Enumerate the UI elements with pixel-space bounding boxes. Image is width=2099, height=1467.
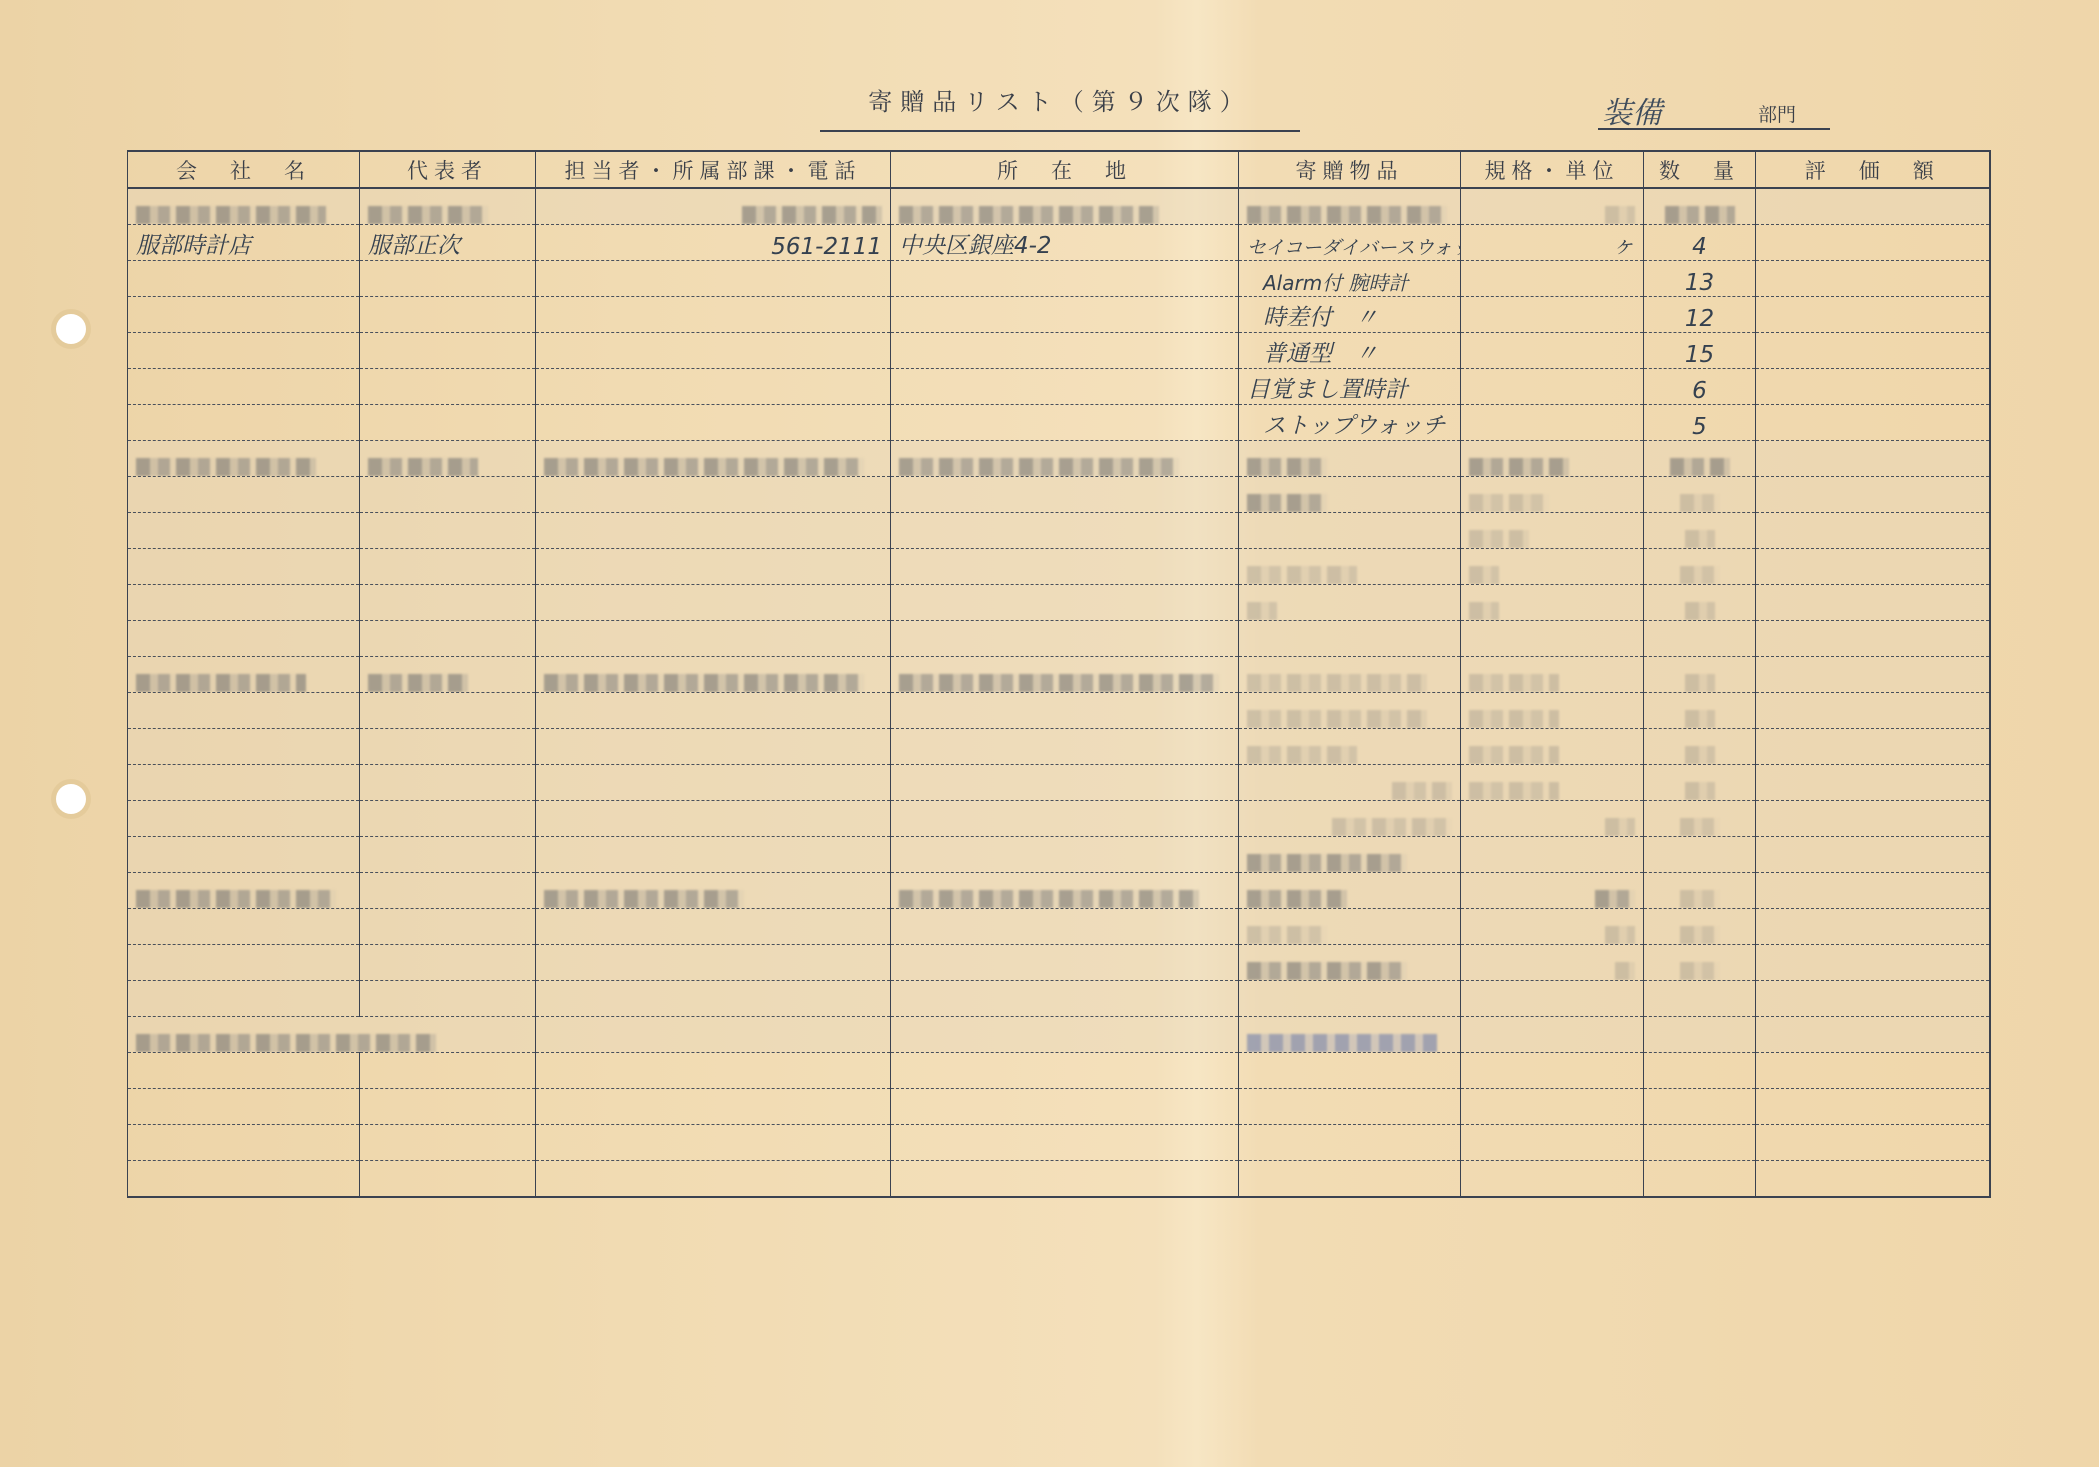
col-company: 会 社 名 <box>128 151 360 188</box>
quantity: 4 <box>1644 225 1756 261</box>
redacted-row <box>128 549 1990 585</box>
department-value: 装備 <box>1602 88 1662 132</box>
redacted-row <box>128 873 1990 909</box>
representative-name: 服部正次 <box>360 225 536 261</box>
quantity: 15 <box>1644 333 1756 369</box>
redacted-row <box>128 621 1990 657</box>
redacted-row <box>128 585 1990 621</box>
redacted-row <box>128 837 1990 873</box>
item-name: 目覚まし置時計 <box>1239 369 1461 405</box>
redacted-row <box>128 765 1990 801</box>
item-name: 普通型 〃 <box>1239 333 1461 369</box>
table-row: ストップウォッチ 5 <box>128 405 1990 441</box>
redacted-text <box>368 458 478 476</box>
quantity: 5 <box>1644 405 1756 441</box>
redacted-text <box>136 458 316 476</box>
page-title: 寄贈品リスト（第９次隊） <box>820 82 1300 117</box>
empty-row <box>128 1161 1990 1198</box>
redacted-text <box>742 206 882 224</box>
item-name: ストップウォッチ <box>1239 405 1461 441</box>
redacted-row <box>128 188 1990 225</box>
redacted-row <box>128 909 1990 945</box>
table-row: 目覚まし置時計 6 <box>128 369 1990 405</box>
empty-row <box>128 1125 1990 1161</box>
valuation-cell <box>1756 225 1990 261</box>
col-address: 所 在 地 <box>891 151 1239 188</box>
redacted-row <box>128 981 1990 1017</box>
redacted-row <box>128 729 1990 765</box>
company-name: 服部時計店 <box>128 225 360 261</box>
address: 中央区銀座4-2 <box>891 225 1239 261</box>
table-row: Alarm付 腕時計 13 <box>128 261 1990 297</box>
table-row: 服部時計店 服部正次 561-2111 中央区銀座4-2 セイコーダイバースウォ… <box>128 225 1990 261</box>
col-valuation: 評 価 額 <box>1756 151 1990 188</box>
redacted-row <box>128 441 1990 477</box>
donation-ledger-table: 会 社 名 代表者 担当者・所属部課・電話 所 在 地 寄贈物品 規格・単位 数… <box>127 150 1991 1198</box>
col-quantity: 数 量 <box>1644 151 1756 188</box>
redacted-row <box>128 657 1990 693</box>
col-item: 寄贈物品 <box>1239 151 1461 188</box>
item-name: 時差付 〃 <box>1239 297 1461 333</box>
redacted-row <box>128 477 1990 513</box>
redacted-text <box>1665 206 1735 224</box>
document-title: 寄贈品リスト（第９次隊） <box>868 88 1252 116</box>
redacted-text <box>1469 458 1569 476</box>
redacted-row <box>128 513 1990 549</box>
punch-hole-bottom <box>56 784 86 814</box>
department-field: 装備 部門 <box>1598 92 1830 130</box>
redacted-text <box>1247 206 1447 224</box>
redacted-row <box>128 945 1990 981</box>
empty-row <box>128 1089 1990 1125</box>
header-row: 会 社 名 代表者 担当者・所属部課・電話 所 在 地 寄贈物品 規格・単位 数… <box>128 151 1990 188</box>
col-spec-unit: 規格・単位 <box>1461 151 1644 188</box>
quantity: 6 <box>1644 369 1756 405</box>
unit: ヶ <box>1461 225 1644 261</box>
table-row: 時差付 〃 12 <box>128 297 1990 333</box>
item-name: Alarm付 腕時計 <box>1239 261 1461 297</box>
quantity: 12 <box>1644 297 1756 333</box>
redacted-text <box>1670 458 1730 476</box>
title-underline <box>820 130 1300 132</box>
redacted-text <box>1247 458 1327 476</box>
redacted-text <box>899 458 1179 476</box>
col-contact: 担当者・所属部課・電話 <box>536 151 891 188</box>
empty-row <box>128 1053 1990 1089</box>
punch-hole-top <box>56 314 86 344</box>
redacted-text <box>899 206 1159 224</box>
col-representative: 代表者 <box>360 151 536 188</box>
phone-number: 561-2111 <box>536 225 891 261</box>
quantity: 13 <box>1644 261 1756 297</box>
redacted-row <box>128 1017 1990 1053</box>
redacted-text <box>544 458 864 476</box>
redacted-text <box>1605 206 1635 224</box>
redacted-text <box>136 206 326 224</box>
table-row: 普通型 〃 15 <box>128 333 1990 369</box>
department-label: 部門 <box>1758 100 1796 127</box>
redacted-row <box>128 693 1990 729</box>
item-name: セイコーダイバースウォッチ <box>1239 225 1461 261</box>
redacted-text <box>368 206 488 224</box>
redacted-row <box>128 801 1990 837</box>
